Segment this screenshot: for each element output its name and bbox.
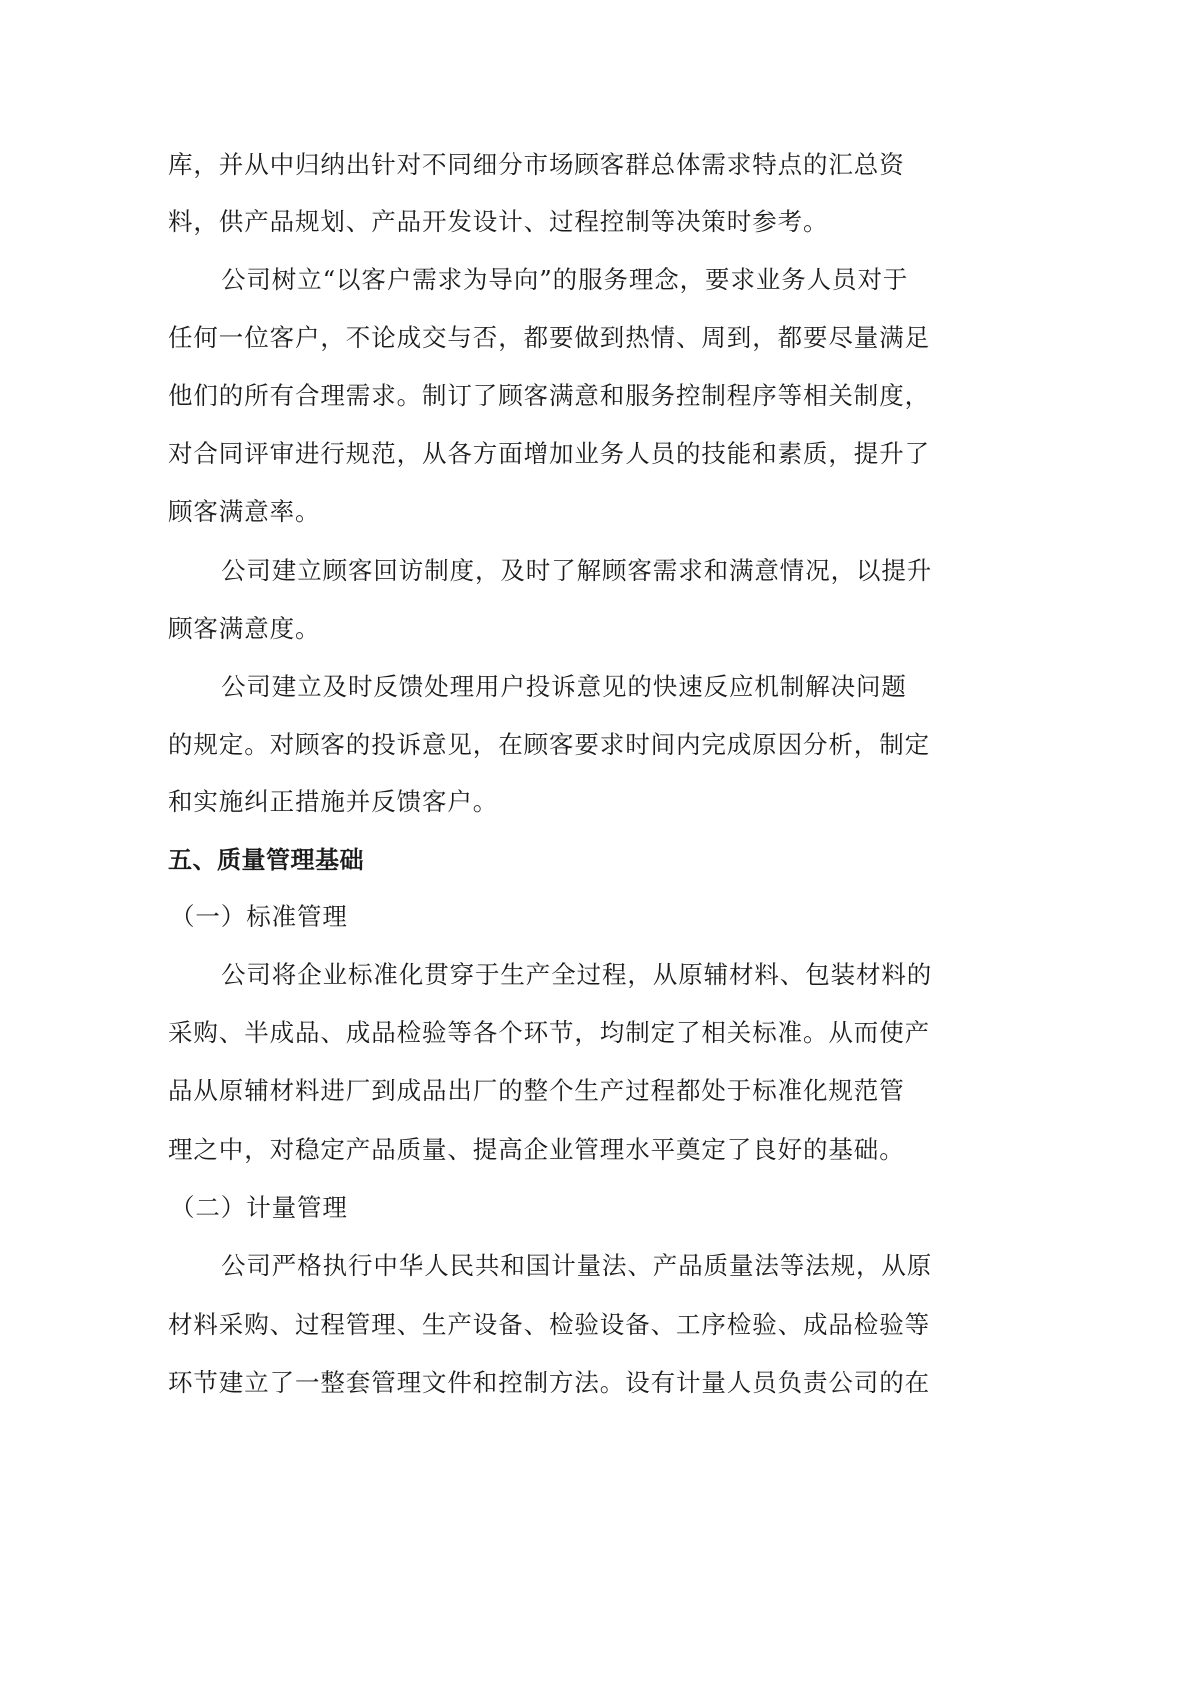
- subsection-heading: （二）计量管理: [170, 1188, 950, 1228]
- paragraph-line: 采购、半成品、成品检验等各个环节，均制定了相关标准。从而使产: [168, 1013, 948, 1053]
- paragraph-line: 他们的所有合理需求。制订了顾客满意和服务控制程序等相关制度，: [168, 376, 948, 416]
- section-heading: 五、质量管理基础: [168, 840, 948, 880]
- paragraph-line: 公司建立顾客回访制度，及时了解顾客需求和满意情况，以提升: [221, 551, 948, 591]
- paragraph-line: 公司将企业标准化贯穿于生产全过程，从原辅材料、包装材料的: [221, 955, 948, 995]
- paragraph-line: 材料采购、过程管理、生产设备、检验设备、工序检验、成品检验等: [168, 1305, 948, 1345]
- document-page: 库，并从中归纳出针对不同细分市场顾客群总体需求特点的汇总资 料，供产品规划、产品…: [0, 0, 1190, 1683]
- paragraph-line: 库，并从中归纳出针对不同细分市场顾客群总体需求特点的汇总资: [168, 145, 948, 185]
- paragraph-line: 顾客满意率。: [168, 492, 948, 532]
- paragraph-line: 对合同评审进行规范，从各方面增加业务人员的技能和素质，提升了: [168, 434, 948, 474]
- paragraph-line: 顾客满意度。: [168, 609, 948, 649]
- paragraph-line: 任何一位客户，不论成交与否，都要做到热情、周到，都要尽量满足: [168, 318, 948, 358]
- paragraph-line: 环节建立了一整套管理文件和控制方法。设有计量人员负责公司的在: [168, 1363, 948, 1403]
- paragraph-line: 公司严格执行中华人民共和国计量法、产品质量法等法规，从原: [221, 1246, 948, 1286]
- paragraph-line: 公司建立及时反馈处理用户投诉意见的快速反应机制解决问题: [221, 667, 948, 707]
- paragraph-line: 品从原辅材料进厂到成品出厂的整个生产过程都处于标准化规范管: [168, 1071, 948, 1111]
- paragraph-line: 料，供产品规划、产品开发设计、过程控制等决策时参考。: [168, 202, 948, 242]
- paragraph-line: 的规定。对顾客的投诉意见，在顾客要求时间内完成原因分析，制定: [168, 725, 948, 765]
- subsection-heading: （一）标准管理: [170, 897, 950, 937]
- paragraph-line: 公司树立“以客户需求为导向”的服务理念，要求业务人员对于: [221, 260, 948, 300]
- paragraph-line: 和实施纠正措施并反馈客户。: [168, 782, 948, 822]
- paragraph-line: 理之中，对稳定产品质量、提高企业管理水平奠定了良好的基础。: [168, 1130, 948, 1170]
